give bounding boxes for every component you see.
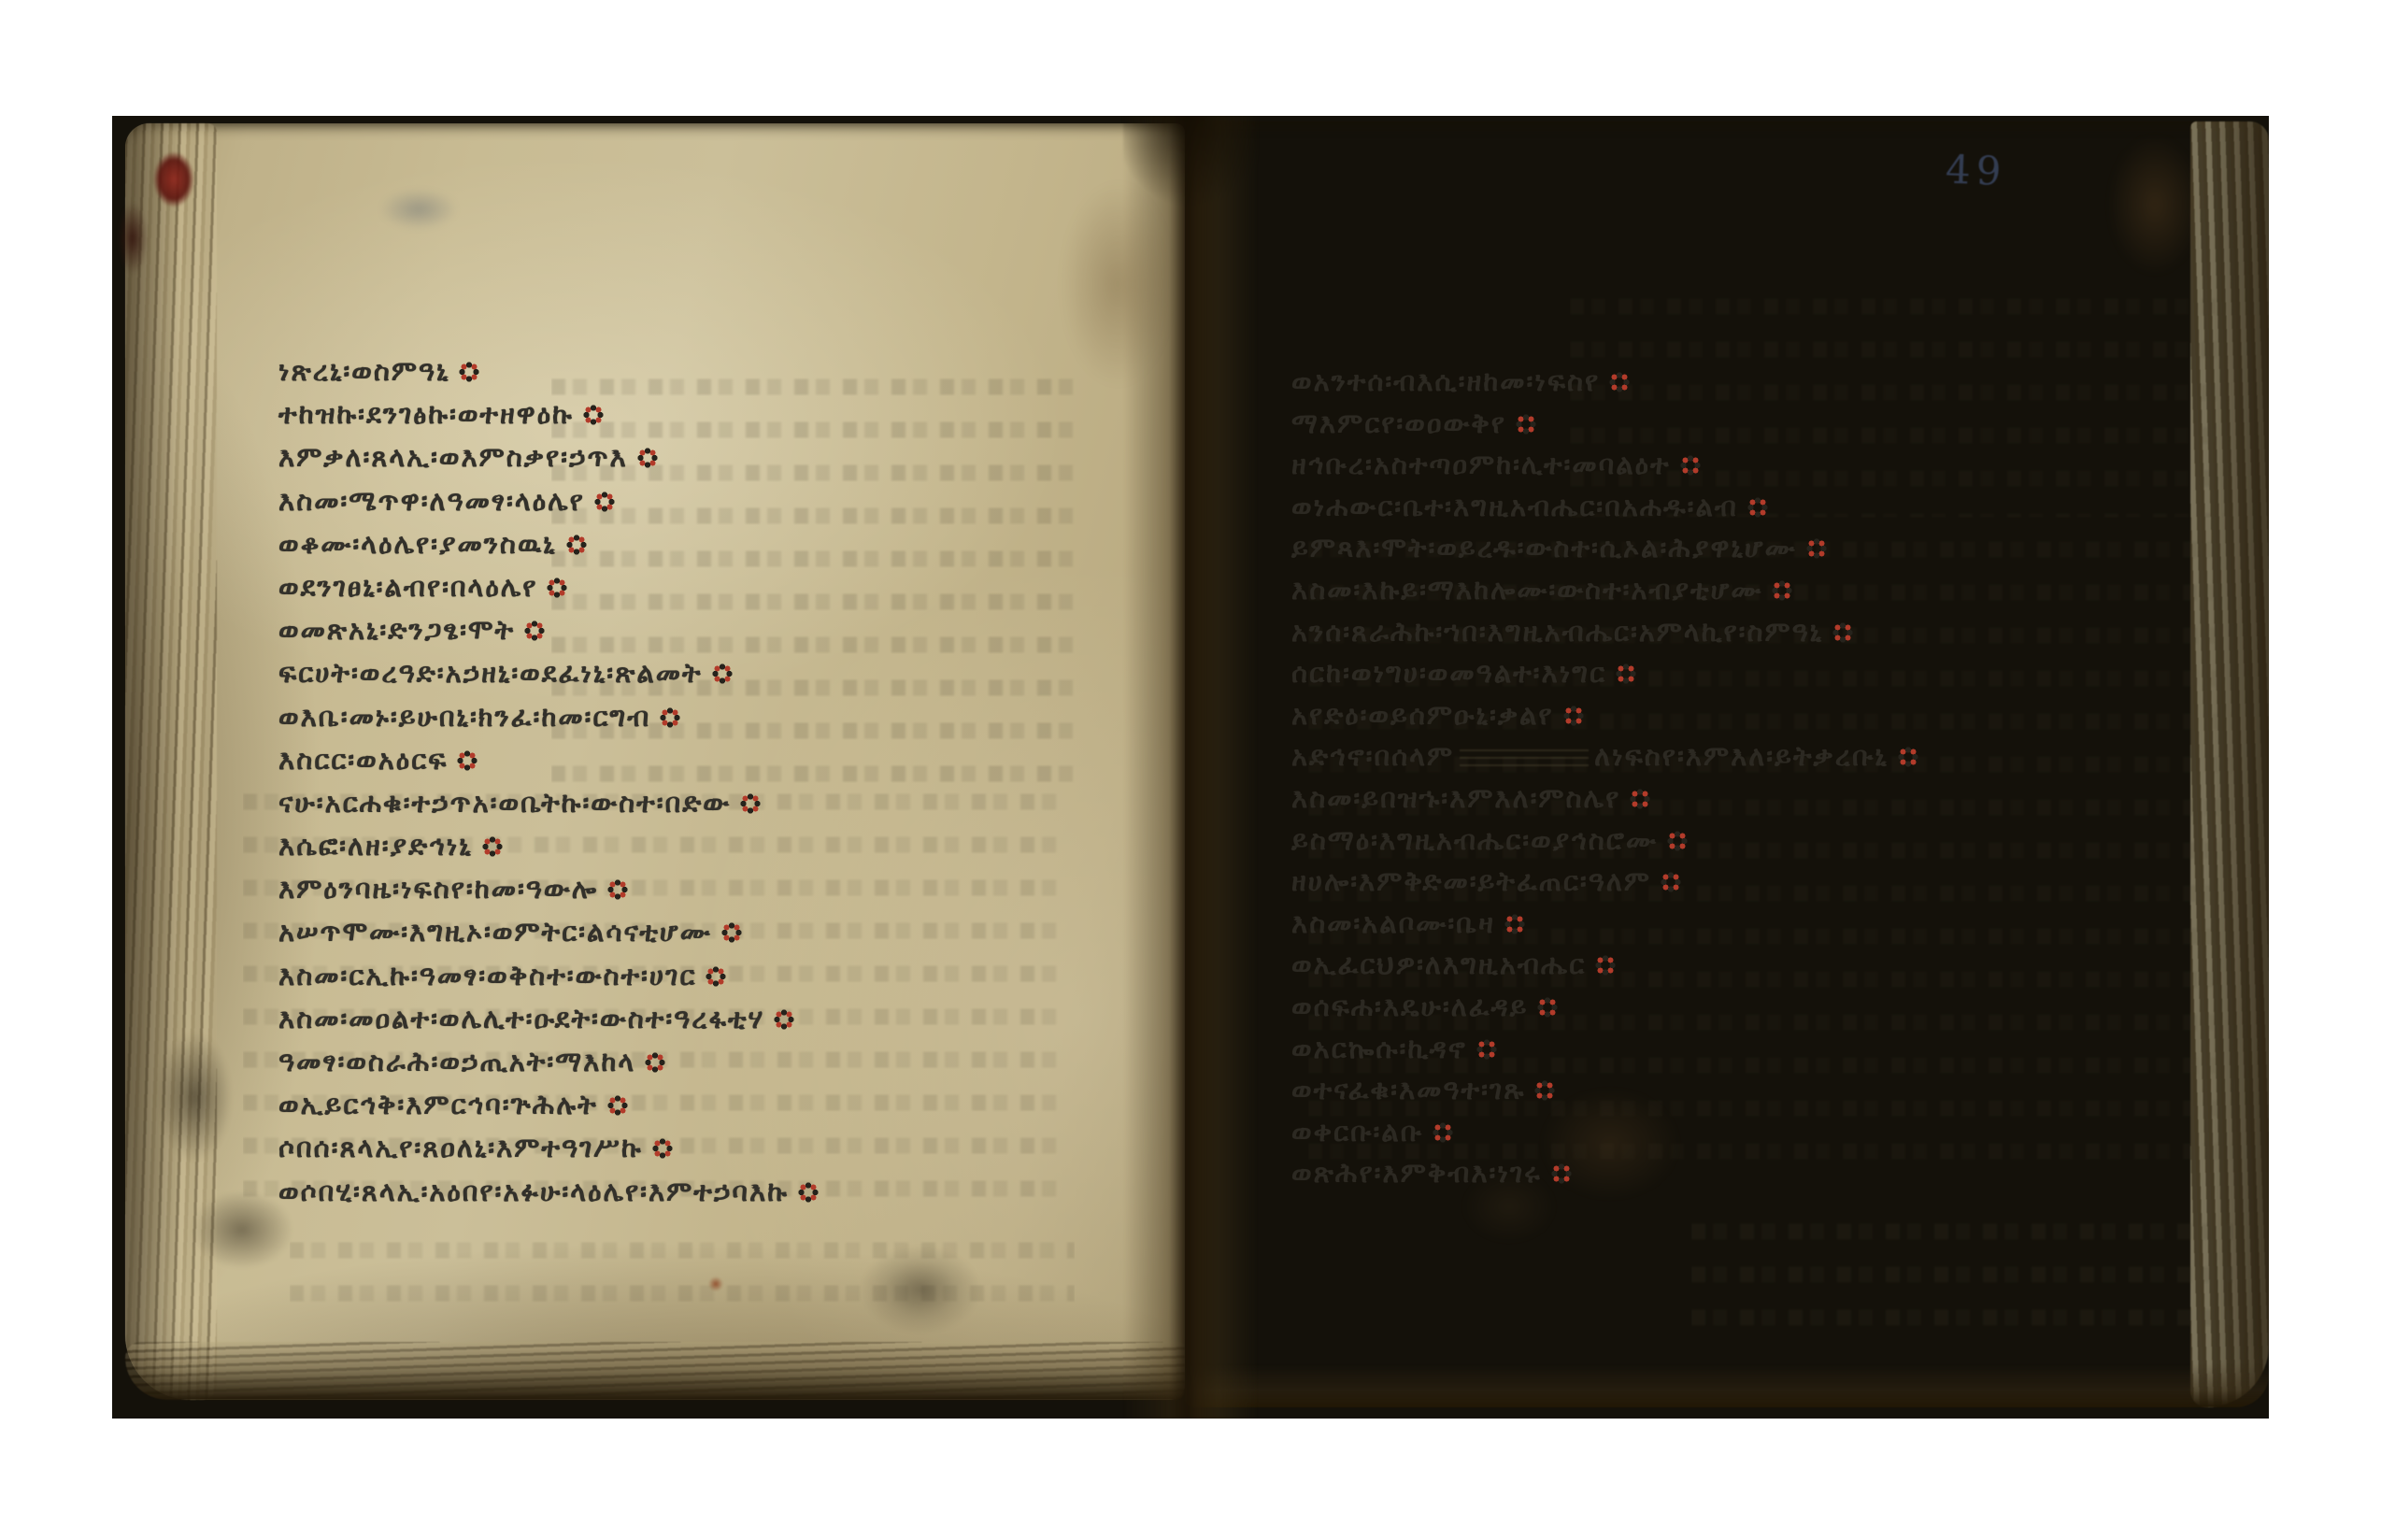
geez-text-line: ፍርሀት፡ወረዓድ፡አኃዘኒ፡ወደፈነኒ፡ጽልመት: [278, 651, 819, 694]
geez-text-line: ወጽሕየ፡እምቅብእ፡ነገሩ: [1291, 1152, 1918, 1194]
paragraph-separator-icon: [712, 663, 733, 684]
geez-text: እምቃለ፡ጸላኢ፡ወእምስቃየ፡ኃጥእ: [278, 441, 628, 473]
left-page-text: ነጽረኒ፡ወስምዓኒተከዝኩ፡ደንገፅኩ፡ወተዘዋዕኩእምቃለ፡ጸላኢ፡ወእምስ…: [278, 349, 819, 1213]
geez-text-line: ወደንገፀኒ፡ልብየ፡በላዕሌየ: [278, 565, 819, 608]
geez-text: ወመጽአኒ፡ድንጋፄ፡ሞት: [278, 614, 515, 646]
paragraph-separator-icon: [706, 966, 726, 987]
geez-text-line: ወቀርቡ፡ልቡ: [1291, 1111, 1918, 1153]
geez-text: አንሰ፡ጸራሕኩ፡ኀበ፡እግዚአብሔር፡አምላኪየ፡ስምዓኒ: [1291, 616, 1823, 648]
paragraph-separator-icon: [594, 492, 615, 512]
geez-text: ዓመፃ፡ወስራሕ፡ወኃጢአት፡ማእከላ: [278, 1046, 635, 1077]
geez-text-line: ወተናፈቁ፡እመዓተ፡ገጹ: [1291, 1069, 1918, 1111]
geez-text-line: ወመጽአኒ፡ድንጋፄ፡ሞት: [278, 608, 819, 651]
manuscript-photo: ነጽረኒ፡ወስምዓኒተከዝኩ፡ደንገፅኩ፡ወተዘዋዕኩእምቃለ፡ጸላኢ፡ወእምስ…: [112, 116, 2269, 1419]
paragraph-separator-icon: [652, 1138, 673, 1159]
scan-canvas: ነጽረኒ፡ወስምዓኒተከዝኩ፡ደንገፅኩ፡ወተዘዋዕኩእምቃለ፡ጸላኢ፡ወእምስ…: [0, 0, 2381, 1540]
geez-text: ዘሀሎ፡እምቅድመ፡ይትፈጠር፡ዓለም: [1291, 865, 1651, 897]
paragraph-separator-icon: [1630, 789, 1650, 809]
paragraph-separator-icon: [1667, 831, 1688, 851]
geez-text-line: ይስማዕ፡እግዚአብሔር፡ወያኅስሮሙ: [1291, 820, 1918, 862]
geez-text-line: እሴፎ፡ለዘ፡ያድኅነኒ: [278, 824, 819, 867]
paragraph-separator-icon: [1551, 1163, 1572, 1184]
geez-text: እስመ፡ይበዝኁ፡እምእለ፡ምስሌየ: [1291, 782, 1620, 814]
geez-text-line: ወአንተሰ፡ብእሲ፡ዘከመ፡ነፍስየ: [1291, 361, 1918, 403]
geez-text: አሠጥሞሙ፡እግዚኦ፡ወምትር፡ልሳናቲሆሙ: [278, 916, 712, 948]
geez-text-line: ወነሐውር፡ቤተ፡እግዚአብሔር፡በአሐዱ፡ልብ: [1291, 486, 1918, 528]
geez-text: ማእምርየ፡ወዐውቅየ: [1291, 407, 1506, 439]
geez-text-line: ወኢይርኅቅ፡እምርኅባ፡ጕሕሉት: [278, 1083, 819, 1126]
folio-number: 49: [1945, 147, 2007, 194]
geez-text: ሰርከ፡ወነግሀ፡ወመዓልተ፡እነግር: [1291, 657, 1606, 689]
paragraph-separator-icon: [583, 405, 604, 425]
geez-text-line: አድኅኖ፡በሰላምለነፍስየ፡እምእለ፡ይትቃረቡኒ: [1291, 735, 1918, 777]
paragraph-separator-icon: [721, 922, 742, 943]
paragraph-separator-icon: [1832, 622, 1853, 643]
geez-text: ወኢፈርህዎ፡ለእግዚአብሔር: [1291, 948, 1586, 980]
geez-text: ወሶበሂ፡ጸላኢ፡አዕበየ፡አፉሁ፡ላዕሌየ፡እምተኃባእኩ: [278, 1176, 789, 1207]
geez-text: ወአርኰሱ፡ኪዳኖ: [1291, 1033, 1467, 1064]
geez-text: ወእቤ፡መኑ፡ይሁበኒ፡ክንፈ፡ከመ፡ርግብ: [278, 701, 650, 733]
paragraph-separator-icon: [740, 793, 761, 814]
geez-text: አድኅኖ፡በሰላም: [1291, 740, 1454, 772]
geez-text-line: ዘሀሎ፡እምቅድመ፡ይትፈጠር፡ዓለም: [1291, 861, 1918, 903]
paragraph-separator-icon: [1806, 538, 1827, 559]
geez-text-line: ሶበሰ፡ጸላኢየ፡ጸዐለኒ፡እምተዓገሥኩ: [278, 1126, 819, 1169]
paragraph-separator-icon: [459, 362, 479, 382]
paragraph-separator-icon: [637, 448, 658, 468]
geez-text-line: ዓመፃ፡ወስራሕ፡ወኃጢአት፡ማእከላ: [278, 1040, 819, 1083]
paragraph-separator-icon: [660, 707, 680, 728]
paragraph-separator-icon: [1616, 663, 1636, 684]
geez-text-line: ሰርከ፡ወነግሀ፡ወመዓልተ፡እነግር: [1291, 652, 1918, 694]
geez-text: ወሰፍሐ፡እዴሁ፡ለፈዳይ: [1291, 991, 1528, 1022]
geez-text-line: ወሰፍሐ፡እዴሁ፡ለፈዳይ: [1291, 986, 1918, 1028]
geez-text-line: እስመ፡መዐልተ፡ወሌሊተ፡ዑደት፡ውስተ፡ዓረፋቲሃ: [278, 997, 819, 1040]
geez-text: ወተናፈቁ፡እመዓተ፡ገጹ: [1291, 1074, 1525, 1105]
paragraph-separator-icon: [566, 535, 587, 555]
erasure-gap: [1460, 749, 1589, 766]
paragraph-separator-icon: [457, 750, 478, 771]
geez-text-line: እስመ፡ሜጥዋ፡ለዓመፃ፡ላዕሌየ: [278, 479, 819, 522]
paragraph-separator-icon: [1433, 1122, 1453, 1143]
geez-text-line: ወእቤ፡መኑ፡ይሁበኒ፡ክንፈ፡ከመ፡ርግብ: [278, 695, 819, 738]
geez-text: ይምጻእ፡ሞት፡ወይረዱ፡ውስተ፡ሲኦል፡ሕያዋኒሆሙ: [1291, 532, 1797, 563]
paragraph-separator-icon: [774, 1009, 794, 1030]
paragraph-separator-icon: [1661, 872, 1681, 892]
geez-text-line: እምቃለ፡ጸላኢ፡ወእምስቃየ፡ኃጥእ: [278, 435, 819, 478]
geez-text: ተከዝኩ፡ደንገፅኩ፡ወተዘዋዕኩ: [278, 398, 574, 430]
geez-text: ናሁ፡አርሐቁ፡ተኃጥአ፡ወቤትኩ፡ውስተ፡በድው: [278, 787, 731, 819]
geez-text-line: ናሁ፡አርሐቁ፡ተኃጥአ፡ወቤትኩ፡ውስተ፡በድው: [278, 781, 819, 824]
paragraph-separator-icon: [1680, 455, 1701, 476]
geez-text: ወቆሙ፡ላዕሌየ፡ያመንስዉኒ: [278, 528, 557, 560]
paragraph-separator-icon: [1563, 706, 1584, 726]
geez-text: እስርር፡ወአዕርፍ: [278, 744, 448, 776]
geez-text-line: አሠጥሞሙ፡እግዚኦ፡ወምትር፡ልሳናቲሆሙ: [278, 910, 819, 953]
geez-text: ዘኅቡረ፡አስተጣዐምከ፡ሊተ፡መባልዕተ: [1291, 449, 1671, 480]
paragraph-separator-icon: [798, 1182, 819, 1203]
geez-text: እስመ፡አልቦሙ፡ቤዛ: [1291, 907, 1495, 939]
paragraph-separator-icon: [1476, 1039, 1497, 1060]
paragraph-separator-icon: [1747, 497, 1768, 518]
paragraph-separator-icon: [607, 1095, 628, 1116]
paragraph-separator-icon: [1609, 372, 1630, 392]
geez-text-line: ይምጻእ፡ሞት፡ወይረዱ፡ውስተ፡ሲኦል፡ሕያዋኒሆሙ: [1291, 527, 1918, 569]
geez-text: አየድዕ፡ወይሰምዑኒ፡ቃልየ: [1291, 699, 1554, 731]
geez-text-line: ወኢፈርህዎ፡ለእግዚአብሔር: [1291, 944, 1918, 986]
paragraph-separator-icon: [645, 1052, 665, 1073]
paragraph-separator-icon: [1898, 747, 1918, 767]
geez-text: ይስማዕ፡እግዚአብሔር፡ወያኅስሮሙ: [1291, 824, 1658, 856]
right-page-text: ወአንተሰ፡ብእሲ፡ዘከመ፡ነፍስየማእምርየ፡ወዐውቅየዘኅቡረ፡አስተጣዐም…: [1291, 361, 1918, 1194]
geez-text: ለነፍስየ፡እምእለ፡ይትቃረቡኒ: [1594, 740, 1889, 772]
geez-text: ወቀርቡ፡ልቡ: [1291, 1116, 1423, 1148]
geez-text-line: ነጽረኒ፡ወስምዓኒ: [278, 349, 819, 392]
geez-text-line: እምዕንባዜ፡ነፍስየ፡ከመ፡ዓውሎ: [278, 867, 819, 910]
geez-text: እሴፎ፡ለዘ፡ያድኅነኒ: [278, 830, 473, 862]
geez-text: እስመ፡መዐልተ፡ወሌሊተ፡ዑደት፡ውስተ፡ዓረፋቲሃ: [278, 1003, 764, 1034]
geez-text: ወደንገፀኒ፡ልብየ፡በላዕሌየ: [278, 571, 537, 603]
geez-text-line: ተከዝኩ፡ደንገፅኩ፡ወተዘዋዕኩ: [278, 392, 819, 435]
geez-text-line: ወአርኰሱ፡ኪዳኖ: [1291, 1028, 1918, 1070]
geez-text-line: እስመ፡እኩይ፡ማእከሎሙ፡ውስተ፡አብያቲሆሙ: [1291, 569, 1918, 611]
geez-text-line: አየድዕ፡ወይሰምዑኒ፡ቃልየ: [1291, 694, 1918, 736]
geez-text-line: እስመ፡አልቦሙ፡ቤዛ: [1291, 903, 1918, 945]
paragraph-separator-icon: [524, 620, 545, 641]
geez-text: እስመ፡ርኢኩ፡ዓመፃ፡ወቅስተ፡ውስተ፡ሀገር: [278, 960, 696, 991]
paragraph-separator-icon: [607, 879, 628, 900]
geez-text: ሶበሰ፡ጸላኢየ፡ጸዐለኒ፡እምተዓገሥኩ: [278, 1132, 643, 1163]
paragraph-separator-icon: [482, 836, 503, 857]
geez-text: ወኢይርኅቅ፡እምርኅባ፡ጕሕሉት: [278, 1089, 598, 1120]
geez-text: እስመ፡እኩይ፡ማእከሎሙ፡ውስተ፡አብያቲሆሙ: [1291, 574, 1762, 606]
geez-text: ወአንተሰ፡ብእሲ፡ዘከመ፡ነፍስየ: [1291, 365, 1600, 397]
geez-text: እምዕንባዜ፡ነፍስየ፡ከመ፡ዓውሎ: [278, 873, 598, 905]
paragraph-separator-icon: [1772, 580, 1792, 601]
geez-text-line: እስመ፡ርኢኩ፡ዓመፃ፡ወቅስተ፡ውስተ፡ሀገር: [278, 954, 819, 997]
geez-text-line: ወቆሙ፡ላዕሌየ፡ያመንስዉኒ: [278, 522, 819, 565]
geez-text: ወነሐውር፡ቤተ፡እግዚአብሔር፡በአሐዱ፡ልብ: [1291, 491, 1738, 522]
geez-text-line: እስመ፡ይበዝኁ፡እምእለ፡ምስሌየ: [1291, 777, 1918, 820]
geez-text: ነጽረኒ፡ወስምዓኒ: [278, 355, 449, 387]
geez-text-line: ዘኅቡረ፡አስተጣዐምከ፡ሊተ፡መባልዕተ: [1291, 444, 1918, 486]
paragraph-separator-icon: [1504, 914, 1525, 934]
paragraph-separator-icon: [1537, 997, 1558, 1018]
geez-text: እስመ፡ሜጥዋ፡ለዓመፃ፡ላዕሌየ: [278, 485, 585, 517]
geez-text-line: አንሰ፡ጸራሕኩ፡ኀበ፡እግዚአብሔር፡አምላኪየ፡ስምዓኒ: [1291, 611, 1918, 653]
geez-text-line: ማእምርየ፡ወዐውቅየ: [1291, 403, 1918, 445]
paragraph-separator-icon: [1516, 414, 1536, 435]
paragraph-separator-icon: [1595, 955, 1616, 976]
paragraph-separator-icon: [1534, 1080, 1555, 1101]
geez-text: ፍርሀት፡ወረዓድ፡አኃዘኒ፡ወደፈነኒ፡ጽልመት: [278, 657, 703, 689]
geez-text-line: እስርር፡ወአዕርፍ: [278, 738, 819, 781]
geez-text-line: ወሶበሂ፡ጸላኢ፡አዕበየ፡አፉሁ፡ላዕሌየ፡እምተኃባእኩ: [278, 1170, 819, 1213]
geez-text: ወጽሕየ፡እምቅብእ፡ነገሩ: [1291, 1157, 1542, 1189]
paragraph-separator-icon: [547, 577, 567, 598]
